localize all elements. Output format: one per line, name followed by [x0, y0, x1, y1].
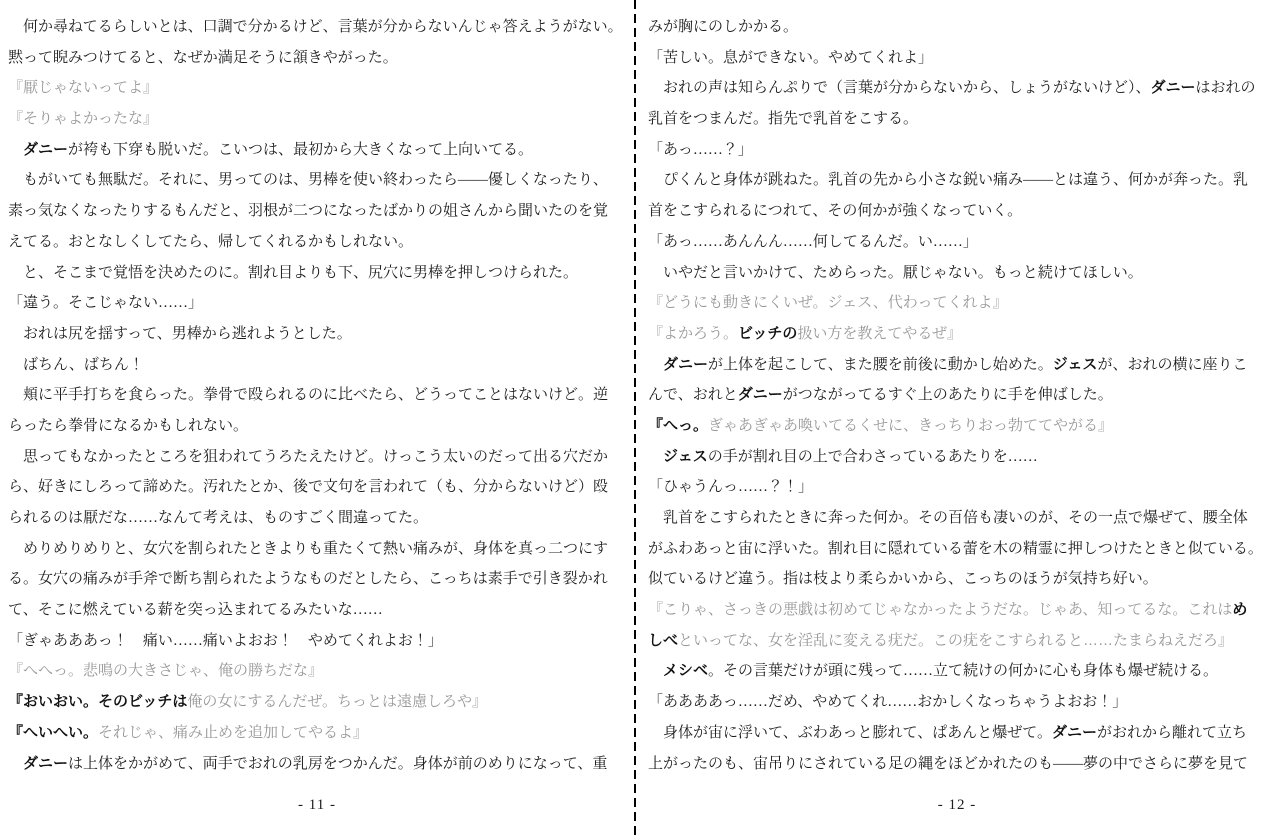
text-line: んで、おれとダニーがつながってるすぐ上のあたりに手を伸ばした。 — [648, 380, 1266, 411]
narration-text — [648, 449, 663, 465]
page-text: 何か尋ねてるらしいとは、口調で分かるけど、言葉が分からないんじゃ答えようがない。… — [8, 0, 626, 779]
emphasized-speech-text: ジェス — [663, 448, 708, 465]
text-line: 身体が宙に浮いて、ぶわあっと膨れて、ぱあんと爆ぜて。ダニーがおれから離れて立ち — [648, 718, 1266, 749]
narration-text: は上体をかがめて、両手でおれの乳房をつかんだ。身体が前のめりになって、重 — [68, 756, 607, 772]
text-line: みが胸にのしかかる。 — [648, 12, 1266, 43]
narration-text: 上がったのも、宙吊りにされている足の縄をほどかれたのも――夢の中でさらに夢を見て — [648, 756, 1248, 772]
text-line: 「あっ……？」 — [648, 135, 1266, 166]
emphasized-speech-text: ダニー — [663, 356, 708, 373]
narration-text: 首をこすられるにつれて、その何かが強くなっていく。 — [648, 203, 1022, 219]
narration-text: 思ってもなかったところを狙われてうろたえたけど。けっこう太いのだって出る穴だか — [8, 449, 608, 465]
narration-text: 「違う。そこじゃない……」 — [8, 295, 203, 311]
emphasized-speech-text: ビッチの — [738, 325, 797, 342]
page-number: - 11 - — [8, 797, 626, 814]
page-12: みが胸にのしかかる。「苦しい。息ができない。やめてくれよ」 おれの声は知らんぷり… — [648, 0, 1266, 840]
text-line: メシベ。その言葉だけが頭に残って……立て続けの何かに心も身体も爆ぜ続ける。 — [648, 656, 1266, 687]
narration-text: 何か尋ねてるらしいとは、口調で分かるけど、言葉が分からないんじゃ答えようがない。 — [8, 19, 623, 35]
narration-text: ら、好きにしろって諦めた。汚れたとか、後で文句を言われて（も、分からないけど）殴 — [8, 479, 608, 495]
muted-speech-text: それじゃ、痛み止めを追加してやるよ』 — [98, 724, 368, 741]
emphasized-speech-text: しべ — [648, 632, 678, 649]
narration-text: 素っ気なくなったりするもんだと、羽根が二つになったばかりの姐さんから聞いたのを覚 — [8, 203, 608, 219]
text-line: ジェスの手が割れ目の上で合わさっているあたりを…… — [648, 442, 1266, 473]
text-line: 『へへっ。悲鳴の大きさじゃ、俺の勝ちだな』 — [8, 656, 626, 687]
text-line: ダニーが上体を起こして、また腰を前後に動かし始めた。ジェスが、おれの横に座りこ — [648, 350, 1266, 381]
muted-speech-text: 俺の女にするんだぜ。ちっとは遠慮しろや』 — [187, 693, 487, 710]
text-line: 『よかろう。ビッチの扱い方を教えてやるぜ』 — [648, 319, 1266, 350]
narration-text: る。女穴の痛みが手斧で断ち割られたようなものだとしたら、こっちは素手で引き裂かれ — [8, 571, 608, 587]
text-line: 『厭じゃないってよ』 — [8, 73, 626, 104]
text-line: 「ああああっ……だめ、やめてくれ……おかしくなっちゃうよおお！」 — [648, 687, 1266, 718]
text-line: 「違う。そこじゃない……」 — [8, 288, 626, 319]
text-line: 何か尋ねてるらしいとは、口調で分かるけど、言葉が分からないんじゃ答えようがない。 — [8, 12, 626, 43]
page-text: みが胸にのしかかる。「苦しい。息ができない。やめてくれよ」 おれの声は知らんぷり… — [648, 0, 1266, 779]
narration-text: 黙って睨みつけてると、なぜか満足そうに頷きやがった。 — [8, 50, 398, 66]
text-line: 「あっ……あんんん……何してるんだ。い……」 — [648, 227, 1266, 258]
text-line: 首をこすられるにつれて、その何かが強くなっていく。 — [648, 196, 1266, 227]
book-spread: 何か尋ねてるらしいとは、口調で分かるけど、言葉が分からないんじゃ答えようがない。… — [0, 0, 1280, 840]
narration-text: と、そこまで覚悟を決めたのに。割れ目よりも下、尻穴に男棒を押しつけられた。 — [8, 265, 578, 281]
text-line: しべといってな、女を淫乱に変える疣だ。この疣をこすられると……たまらねえだろ』 — [648, 626, 1266, 657]
text-line: 頬に平手打ちを食らった。拳骨で殴られるのに比べたら、どうってことはないけど。逆 — [8, 380, 626, 411]
text-line: と、そこまで覚悟を決めたのに。割れ目よりも下、尻穴に男棒を押しつけられた。 — [8, 258, 626, 289]
narration-text: られるのは厭だな……なんて考えは、ものすごく間違ってた。 — [8, 510, 428, 526]
text-line: 「ぎゃあああっ！ 痛い……痛いよおお！ やめてくれよお！」 — [8, 626, 626, 657]
narration-text: がふわあっと宙に浮いた。割れ目に隠れている蕾を木の精霊に押しつけたときと似ている… — [648, 541, 1263, 557]
text-line: て、そこに燃えている薪を突っ込まれてるみたいな…… — [8, 595, 626, 626]
narration-text: 「あっ……？」 — [648, 142, 753, 158]
narration-text: ばちん、ばちん！ — [8, 357, 144, 373]
text-line: おれの声は知らんぷりで（言葉が分からないから、しょうがないけど）、ダニーはおれの — [648, 73, 1266, 104]
text-line: る。女穴の痛みが手斧で断ち割られたようなものだとしたら、こっちは素手で引き裂かれ — [8, 564, 626, 595]
muted-speech-text: 『よかろう。 — [648, 325, 738, 342]
narration-text: 「ああああっ……だめ、やめてくれ……おかしくなっちゃうよおお！」 — [648, 694, 1127, 710]
text-line: 素っ気なくなったりするもんだと、羽根が二つになったばかりの姐さんから聞いたのを覚 — [8, 196, 626, 227]
narration-text: みが胸にのしかかる。 — [648, 19, 798, 35]
text-line: ダニーは上体をかがめて、両手でおれの乳房をつかんだ。身体が前のめりになって、重 — [8, 749, 626, 780]
narration-text: らったら拳骨になるかもしれない。 — [8, 418, 248, 434]
narration-text: めりめりめりと、女穴を割られたときよりも重たくて熱い痛みが、身体を真っ二つにす — [8, 541, 608, 557]
text-line: 『へっ。ぎゃあぎゃあ喚いてるくせに、きっちりおっ勃ててやがる』 — [648, 411, 1266, 442]
narration-text: 乳首をこすられたときに奔った何か。その百倍も凄いのが、その一点で爆ぜて、腰全体 — [648, 510, 1248, 526]
text-line: もがいても無駄だ。それに、男ってのは、男棒を使い終わったら――優しくなったり、 — [8, 165, 626, 196]
narration-text — [8, 142, 23, 158]
narration-text — [648, 357, 663, 373]
text-line: 『こりゃ、さっきの悪戯は初めてじゃなかったようだな。じゃあ、知ってるな。これはめ — [648, 595, 1266, 626]
text-line: 『へいへい。それじゃ、痛み止めを追加してやるよ』 — [8, 718, 626, 749]
narration-text: えてる。おとなしくしてたら、帰してくれるかもしれない。 — [8, 234, 413, 250]
narration-text: 「ひゃうんっ……？！」 — [648, 479, 813, 495]
muted-speech-text: 『こりゃ、さっきの悪戯は初めてじゃなかったようだな。じゃあ、知ってるな。これは — [648, 601, 1232, 618]
text-line: 「苦しい。息ができない。やめてくれよ」 — [648, 43, 1266, 74]
narration-text: 。その言葉だけが頭に残って……立て続けの何かに心も身体も爆ぜ続ける。 — [708, 663, 1218, 679]
text-line: 上がったのも、宙吊りにされている足の縄をほどかれたのも――夢の中でさらに夢を見て — [648, 749, 1266, 780]
muted-speech-text: といってな、女を淫乱に変える疣だ。この疣をこすられると……たまらねえだろ』 — [678, 632, 1233, 649]
page-11: 何か尋ねてるらしいとは、口調で分かるけど、言葉が分からないんじゃ答えようがない。… — [8, 0, 626, 840]
narration-text: の手が割れ目の上で合わさっているあたりを…… — [708, 449, 1038, 465]
narration-text: 身体が宙に浮いて、ぶわあっと膨れて、ぱあんと爆ぜて。 — [648, 725, 1052, 741]
text-line: らったら拳骨になるかもしれない。 — [8, 411, 626, 442]
narration-text: が上体を起こして、また腰を前後に動かし始めた。 — [708, 357, 1053, 373]
text-line: えてる。おとなしくしてたら、帰してくれるかもしれない。 — [8, 227, 626, 258]
text-line: おれは尻を揺すって、男棒から逃れようとした。 — [8, 319, 626, 350]
text-line: 『どうにも動きにくいぜ。ジェス、代わってくれよ』 — [648, 288, 1266, 319]
page-number: - 12 - — [648, 797, 1266, 814]
emphasized-speech-text: 『へいへい。 — [8, 724, 98, 741]
narration-text: もがいても無駄だ。それに、男ってのは、男棒を使い終わったら――優しくなったり、 — [8, 172, 608, 188]
text-line: めりめりめりと、女穴を割られたときよりも重たくて熱い痛みが、身体を真っ二つにす — [8, 534, 626, 565]
emphasized-speech-text: ダニー — [738, 386, 783, 403]
narration-text: おれは尻を揺すって、男棒から逃れようとした。 — [8, 326, 352, 342]
emphasized-speech-text: 『おいおい。そのビッチは — [8, 693, 187, 710]
muted-speech-text: 扱い方を教えてやるぜ』 — [797, 325, 962, 342]
text-line: ダニーが袴も下穿も脱いだ。こいつは、最初から大きくなって上向いてる。 — [8, 135, 626, 166]
narration-text: がつながってるすぐ上のあたりに手を伸ばした。 — [783, 387, 1113, 403]
muted-speech-text: 『どうにも動きにくいぜ。ジェス、代わってくれよ』 — [648, 294, 1008, 311]
narration-text: 似ているけど違う。指は枝より柔らかいから、こっちのほうが気持ち好い。 — [648, 571, 1158, 587]
text-line: 乳首をこすられたときに奔った何か。その百倍も凄いのが、その一点で爆ぜて、腰全体 — [648, 503, 1266, 534]
muted-speech-text: 『そりゃよかったな』 — [8, 110, 158, 127]
text-line: ぴくんと身体が跳ねた。乳首の先から小さな鋭い痛み――とは違う、何かが奔った。乳 — [648, 165, 1266, 196]
narration-text: おれの声は知らんぷりで（言葉が分からないから、しょうがないけど）、 — [648, 80, 1151, 96]
narration-text: んで、おれと — [648, 387, 738, 403]
narration-text — [8, 756, 23, 772]
text-line: いやだと言いかけて、ためらった。厭じゃない。もっと続けてほしい。 — [648, 258, 1266, 289]
emphasized-speech-text: メシベ — [663, 662, 708, 679]
emphasized-speech-text: ダニー — [1151, 79, 1196, 96]
muted-speech-text: 『厭じゃないってよ』 — [8, 79, 158, 96]
text-line: 『おいおい。そのビッチは俺の女にするんだぜ。ちっとは遠慮しろや』 — [8, 687, 626, 718]
narration-text: 「苦しい。息ができない。やめてくれよ」 — [648, 50, 933, 66]
narration-text: がおれから離れて立ち — [1097, 725, 1247, 741]
emphasized-speech-text: ジェス — [1053, 356, 1098, 373]
text-line: 思ってもなかったところを狙われてうろたえたけど。けっこう太いのだって出る穴だか — [8, 442, 626, 473]
narration-text: 頬に平手打ちを食らった。拳骨で殴られるのに比べたら、どうってことはないけど。逆 — [8, 387, 608, 403]
emphasized-speech-text: 『へっ。 — [648, 417, 708, 434]
emphasized-speech-text: ダニー — [23, 141, 68, 158]
narration-text: 乳首をつまんだ。指先で乳首をこする。 — [648, 111, 918, 127]
narration-text — [648, 663, 663, 679]
text-line: られるのは厭だな……なんて考えは、ものすごく間違ってた。 — [8, 503, 626, 534]
narration-text: はおれの — [1196, 80, 1256, 96]
narration-text: ぴくんと身体が跳ねた。乳首の先から小さな鋭い痛み――とは違う、何かが奔った。乳 — [648, 172, 1248, 188]
narration-text: が袴も下穿も脱いだ。こいつは、最初から大きくなって上向いてる。 — [68, 142, 533, 158]
muted-speech-text: ぎゃあぎゃあ喚いてるくせに、きっちりおっ勃ててやがる』 — [708, 417, 1113, 434]
narration-text: いやだと言いかけて、ためらった。厭じゃない。もっと続けてほしい。 — [648, 265, 1143, 281]
emphasized-speech-text: ダニー — [1052, 724, 1097, 741]
text-line: ら、好きにしろって諦めた。汚れたとか、後で文句を言われて（も、分からないけど）殴 — [8, 472, 626, 503]
emphasized-speech-text: め — [1232, 601, 1247, 618]
text-line: 乳首をつまんだ。指先で乳首をこする。 — [648, 104, 1266, 135]
emphasized-speech-text: ダニー — [23, 755, 68, 772]
text-line: 『そりゃよかったな』 — [8, 104, 626, 135]
narration-text: 「ぎゃあああっ！ 痛い……痛いよおお！ やめてくれよお！」 — [8, 633, 443, 649]
muted-speech-text: 『へへっ。悲鳴の大きさじゃ、俺の勝ちだな』 — [8, 662, 323, 679]
narration-text: て、そこに燃えている薪を突っ込まれてるみたいな…… — [8, 602, 383, 618]
text-line: 「ひゃうんっ……？！」 — [648, 472, 1266, 503]
text-line: ばちん、ばちん！ — [8, 350, 626, 381]
text-line: がふわあっと宙に浮いた。割れ目に隠れている蕾を木の精霊に押しつけたときと似ている… — [648, 534, 1266, 565]
page-divider-dashed-line — [634, 0, 636, 840]
text-line: 黙って睨みつけてると、なぜか満足そうに頷きやがった。 — [8, 43, 626, 74]
narration-text: が、おれの横に座りこ — [1097, 357, 1247, 373]
narration-text: 「あっ……あんんん……何してるんだ。い……」 — [648, 234, 978, 250]
text-line: 似ているけど違う。指は枝より柔らかいから、こっちのほうが気持ち好い。 — [648, 564, 1266, 595]
